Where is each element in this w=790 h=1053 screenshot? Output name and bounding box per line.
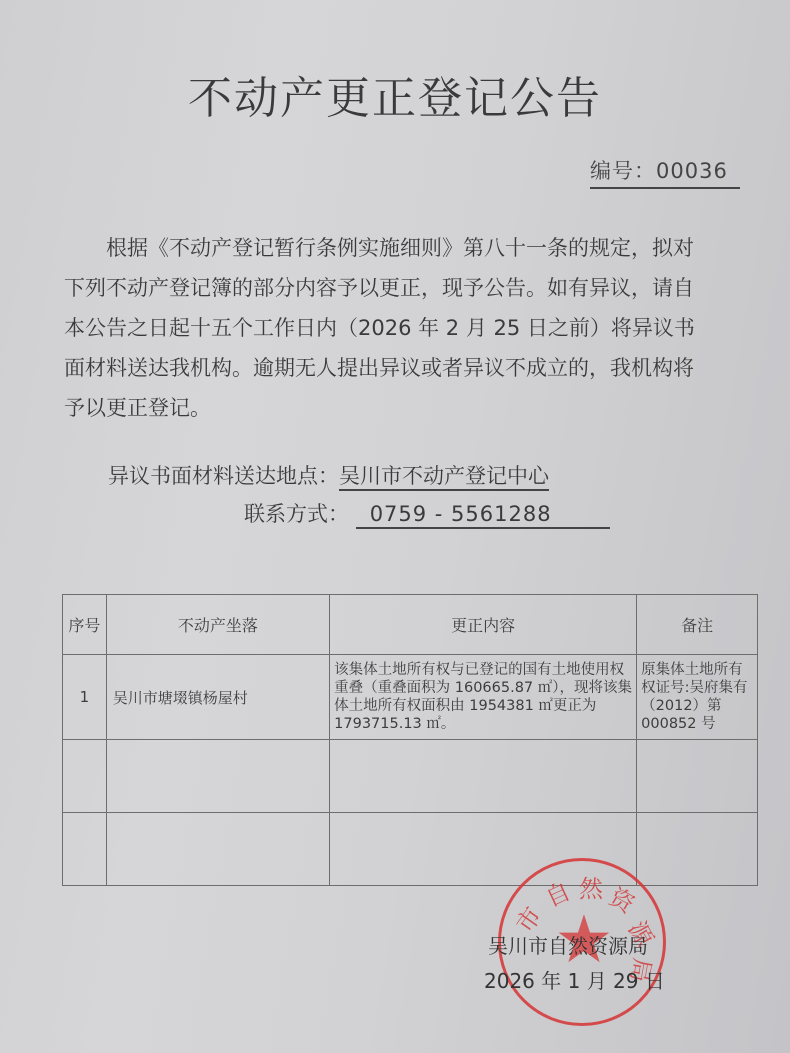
cell-remark (637, 740, 758, 813)
correction-table: 序号 不动产坐落 更正内容 备注 1 吴川市塘㙍镇杨屋村 该集体土地所有权与已登… (62, 594, 758, 886)
objection-address-label: 异议书面材料送达地点： (108, 464, 339, 488)
cell-location: 吴川市塘㙍镇杨屋村 (106, 655, 329, 740)
table-row (63, 813, 758, 886)
issue-date: 2026 年 1 月 29 日 (484, 965, 665, 994)
cell-location (106, 740, 329, 813)
cell-location (106, 813, 329, 886)
table-row: 1 吴川市塘㙍镇杨屋村 该集体土地所有权与已登记的国有土地使用权重叠（重叠面积为… (63, 655, 758, 740)
cell-index (63, 813, 107, 886)
document-number: 编号：00036 (590, 155, 740, 189)
issuer-name: 吴川市自然资源局 (488, 930, 648, 959)
cell-index (63, 740, 107, 813)
contact-phone: 0759 - 5561288 (356, 502, 610, 529)
contact-label: 联系方式： (244, 502, 349, 526)
contact-info: 联系方式： 0759 - 5561288 (244, 498, 610, 529)
header-index: 序号 (63, 595, 107, 655)
objection-address-value: 吴川市不动产登记中心 (339, 464, 549, 491)
header-content: 更正内容 (330, 595, 637, 655)
body-line: 下列不动产登记簿的部分内容予以更正，现予公告。如有异议，请自 (64, 268, 744, 308)
header-remark: 备注 (637, 595, 758, 655)
objection-address: 异议书面材料送达地点：吴川市不动产登记中心 (108, 460, 549, 490)
cell-remark (637, 813, 758, 886)
body-line: 予以更正登记。 (64, 388, 744, 428)
seal-char: 然 (579, 869, 603, 904)
body-line: 面材料送达我机构。逾期无人提出异议或者异议不成立的，我机构将 (64, 348, 744, 388)
table-row (63, 740, 758, 813)
notice-body: 根据《不动产登记暂行条例实施细则》第八十一条的规定，拟对 下列不动产登记簿的部分… (64, 228, 744, 428)
cell-index: 1 (63, 655, 107, 740)
body-line: 本公告之日起十五个工作日内（2026 年 2 月 25 日之前）将异议书 (64, 308, 744, 348)
cell-content (330, 740, 637, 813)
header-location: 不动产坐落 (106, 595, 329, 655)
notice-title: 不动产更正登记公告 (0, 62, 790, 126)
body-line: 根据《不动产登记暂行条例实施细则》第八十一条的规定，拟对 (64, 228, 744, 268)
cell-content: 该集体土地所有权与已登记的国有土地使用权重叠（重叠面积为 160665.87 ㎡… (330, 655, 637, 740)
cell-remark: 原集体土地所有权证号:吴府集有（2012）第 000852 号 (637, 655, 758, 740)
table-header-row: 序号 不动产坐落 更正内容 备注 (63, 595, 758, 655)
